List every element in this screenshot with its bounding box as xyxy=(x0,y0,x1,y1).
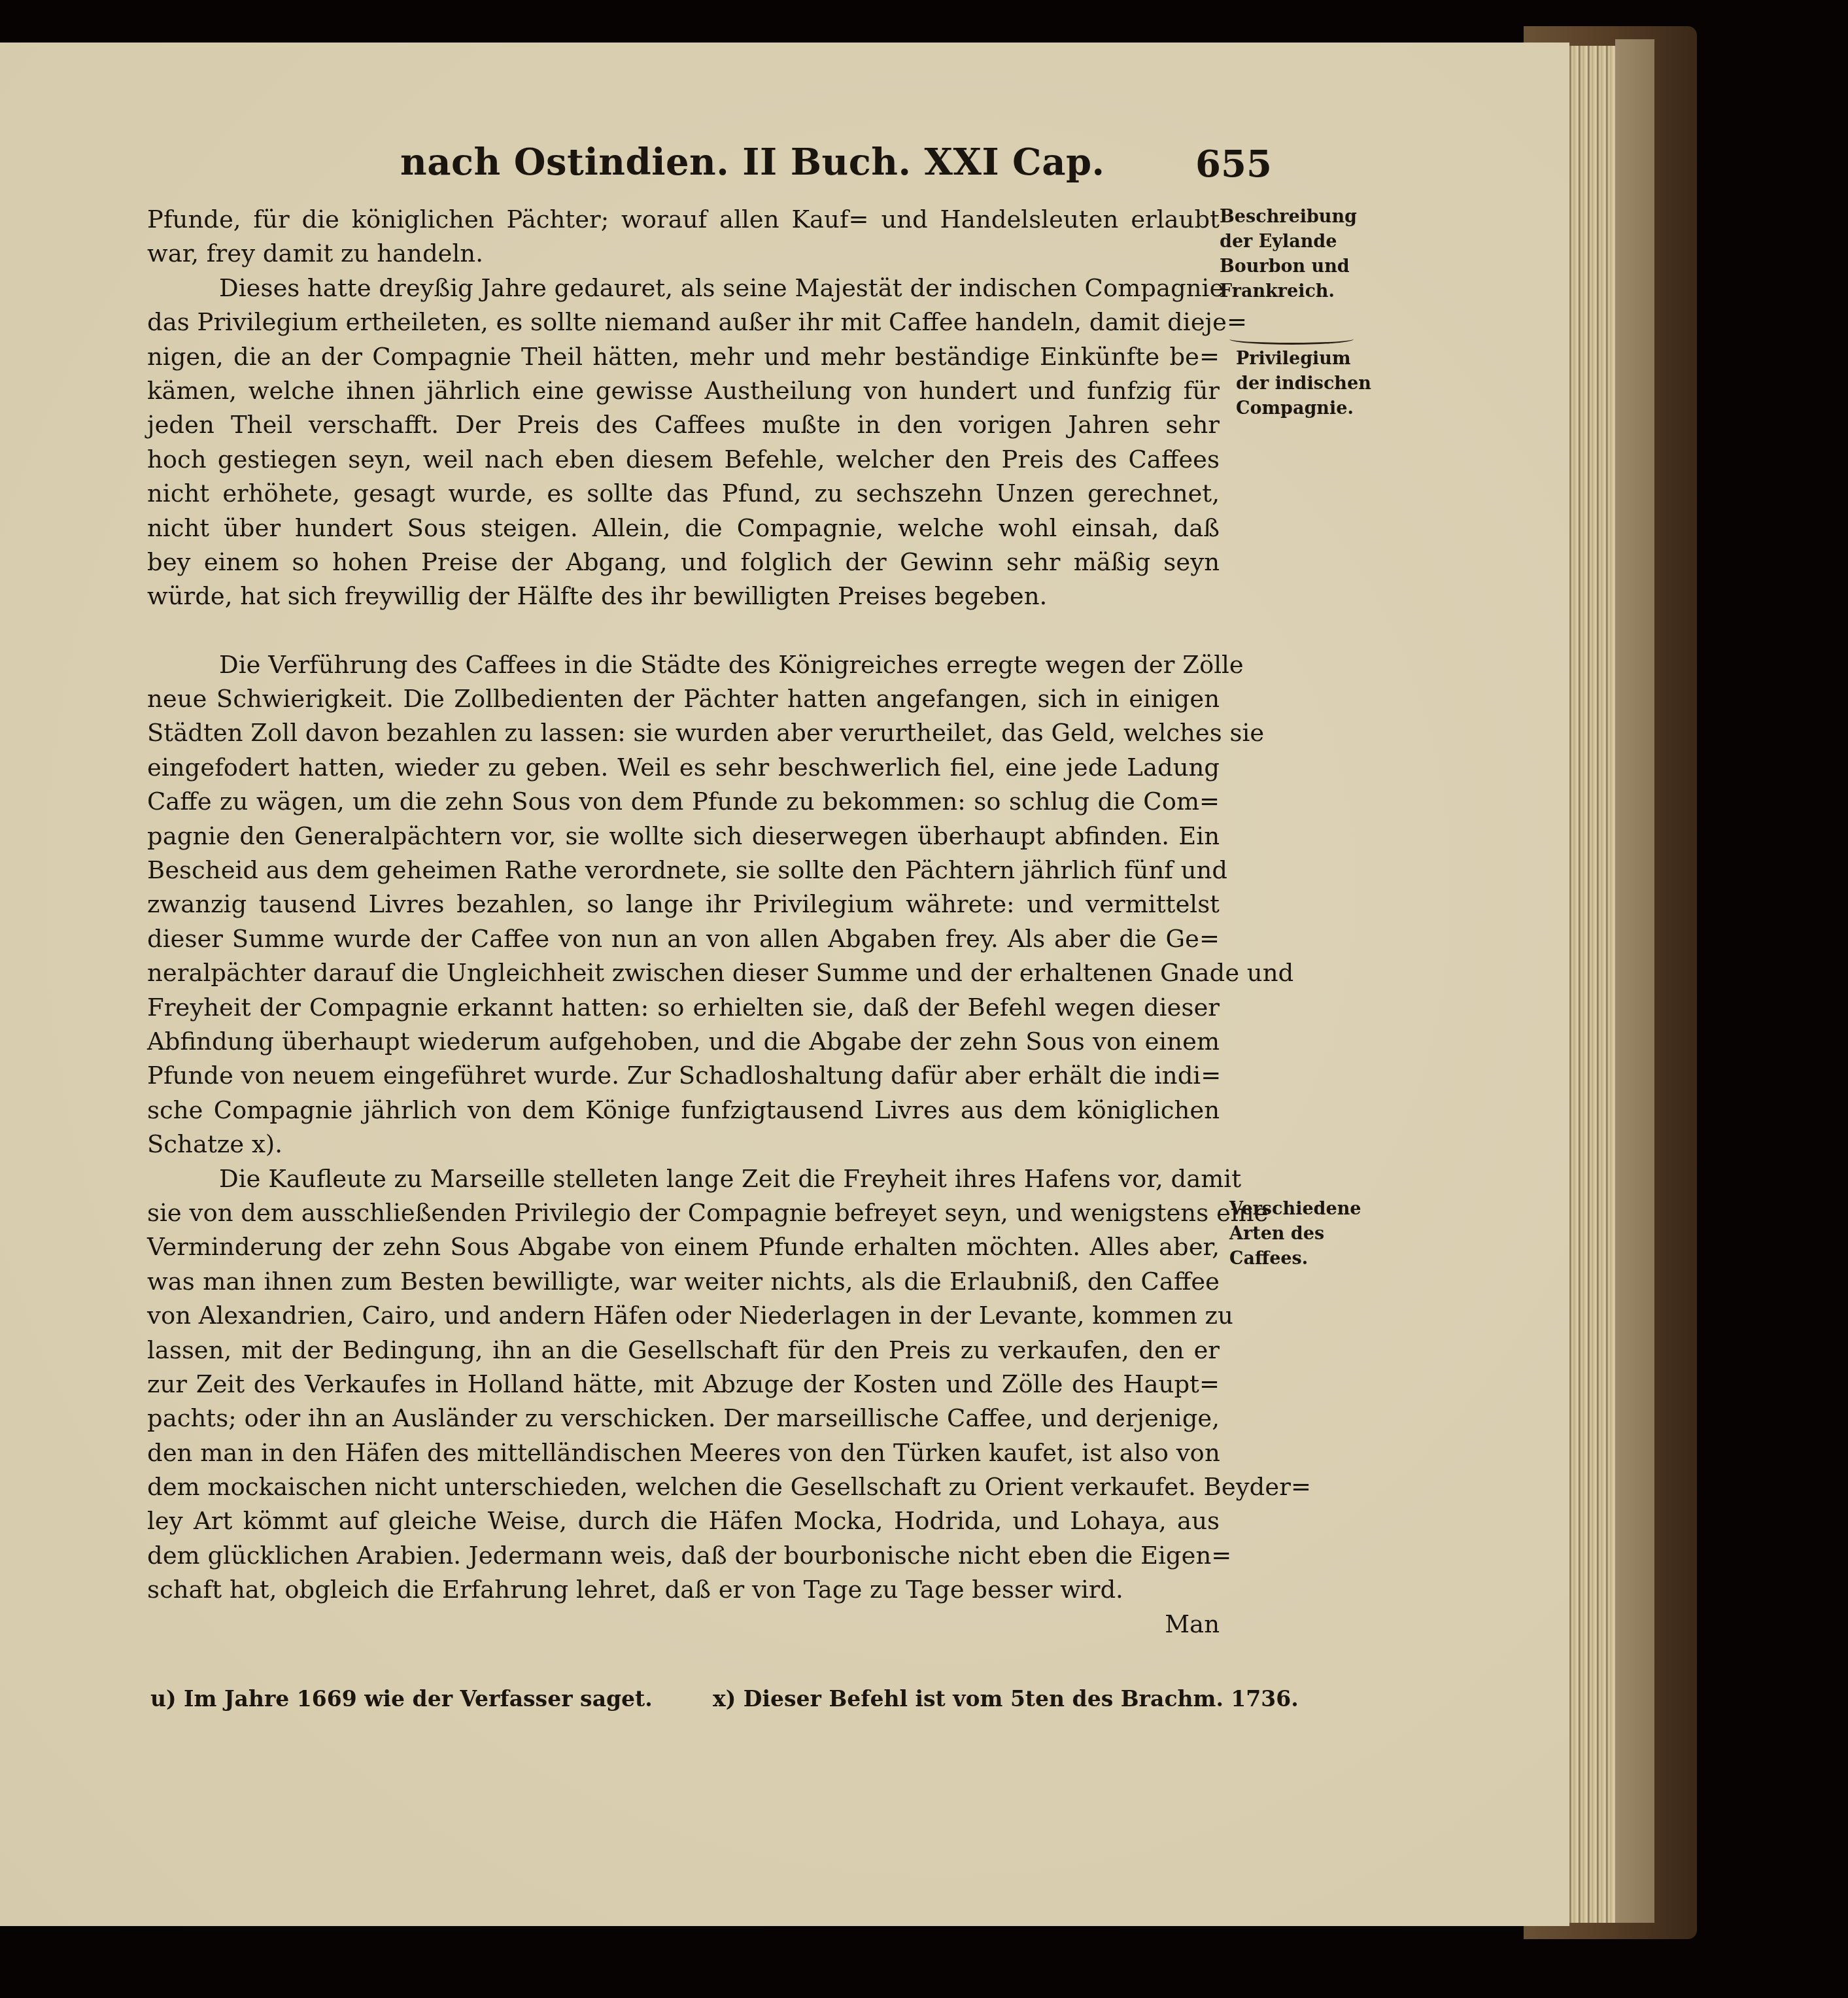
paragraph: Die Verführung des Caffees in die Städte… xyxy=(147,648,1220,1162)
text-line: den man in den Häfen des mittelländische… xyxy=(147,1436,1220,1470)
marginal-line: Compagnie. xyxy=(1236,396,1377,421)
text-line: neralpächter darauf die Ungleichheit zwi… xyxy=(147,956,1220,990)
footnote-u: u) Im Jahre 1669 wie der Verfasser saget… xyxy=(150,1686,653,1712)
text-line: neue Schwierigkeit. Die Zollbedienten de… xyxy=(147,682,1220,716)
text-line: Caffe zu wägen, um die zehn Sous von dem… xyxy=(147,785,1220,819)
text-line: Die Verführung des Caffees in die Städte… xyxy=(147,648,1220,682)
running-head: nach Ostindien. II Buch. XXI Cap. xyxy=(400,141,1105,184)
main-text: Pfunde, für die königlichen Pächter; wor… xyxy=(147,203,1220,1642)
text-line: von Alexandrien, Cairo, und andern Häfen… xyxy=(147,1299,1220,1333)
text-line: das Privilegium ertheileten, es sollte n… xyxy=(147,305,1220,339)
text-line: würde, hat sich freywillig der Hälfte de… xyxy=(147,579,1220,613)
marginal-line: der Eylande xyxy=(1220,230,1360,254)
text-line: pagnie den Generalpächtern vor, sie woll… xyxy=(147,819,1220,853)
text-line: Dieses hatte dreyßig Jahre gedauret, als… xyxy=(147,271,1220,305)
text-line: sie von dem ausschließenden Privilegio d… xyxy=(147,1196,1220,1230)
text-line: nigen, die an der Compagnie Theil hätten… xyxy=(147,340,1220,374)
text-line: kämen, welche ihnen jährlich eine gewiss… xyxy=(147,374,1220,408)
text-line: zur Zeit des Verkaufes in Holland hätte,… xyxy=(147,1368,1220,1402)
paragraph: Die Kaufleute zu Marseille stelleten lan… xyxy=(147,1162,1220,1608)
text-line: zwanzig tausend Livres bezahlen, so lang… xyxy=(147,887,1220,921)
marginal-note-privilegium: Privilegium der indischen Compagnie. xyxy=(1236,347,1377,421)
catchword: Man xyxy=(147,1608,1220,1642)
text-line: nicht erhöhete, gesagt wurde, es sollte … xyxy=(147,477,1220,511)
text-line: pachts; oder ihn an Ausländer zu verschi… xyxy=(147,1402,1220,1436)
text-line: Freyheit der Compagnie erkannt hatten: s… xyxy=(147,991,1220,1025)
text-line: Städten Zoll davon bezahlen zu lassen: s… xyxy=(147,716,1220,750)
marginal-line: Frankreich. xyxy=(1220,279,1360,304)
text-line: war, frey damit zu handeln. xyxy=(147,237,1220,271)
text-line: hoch gestiegen seyn, weil nach eben dies… xyxy=(147,443,1220,477)
marginal-line: Caffees. xyxy=(1229,1247,1370,1271)
text-line: jeden Theil verschafft. Der Preis des Ca… xyxy=(147,408,1220,442)
text-line: Die Kaufleute zu Marseille stelleten lan… xyxy=(147,1162,1220,1196)
text-line: Pfunde, für die königlichen Pächter; wor… xyxy=(147,203,1220,237)
text-line: dem mockaischen nicht unterschieden, wel… xyxy=(147,1470,1220,1504)
text-line: lassen, mit der Bedingung, ihn an die Ge… xyxy=(147,1334,1220,1368)
text-line: schaft hat, obgleich die Erfahrung lehre… xyxy=(147,1573,1220,1607)
marginal-line: Beschreibung xyxy=(1220,205,1360,230)
text-line: Verminderung der zehn Sous Abgabe von ei… xyxy=(147,1230,1220,1264)
marginal-line: der indischen xyxy=(1236,371,1377,396)
paragraph: Pfunde, für die königlichen Pächter; wor… xyxy=(147,203,1220,271)
text-line: Pfunde von neuem eingeführet wurde. Zur … xyxy=(147,1059,1220,1093)
text-line: Schatze x). xyxy=(147,1128,1220,1162)
text-line: ley Art kömmt auf gleiche Weise, durch d… xyxy=(147,1504,1220,1538)
footnote-x: x) Dieser Befehl ist vom 5ten des Brachm… xyxy=(713,1686,1299,1712)
text-line: Abfindung überhaupt wiederum aufgehoben,… xyxy=(147,1025,1220,1059)
text-line: bey einem so hohen Preise der Abgang, un… xyxy=(147,545,1220,579)
brace-divider xyxy=(1229,334,1354,345)
text-line: was man ihnen zum Besten bewilligte, war… xyxy=(147,1265,1220,1299)
text-line: nicht über hundert Sous steigen. Allein,… xyxy=(147,511,1220,545)
marginal-note-bourbon: Beschreibung der Eylande Bourbon und Fra… xyxy=(1220,205,1360,304)
text-line: Bescheid aus dem geheimen Rathe verordne… xyxy=(147,853,1220,887)
text-line: dem glücklichen Arabien. Jedermann weis,… xyxy=(147,1539,1220,1573)
marginal-line: Bourbon und xyxy=(1220,254,1360,279)
text-line: sche Compagnie jährlich von dem Könige f… xyxy=(147,1094,1220,1128)
text-line: dieser Summe wurde der Caffee von nun an… xyxy=(147,922,1220,956)
page-number: 655 xyxy=(1195,143,1272,186)
marginal-line: Privilegium xyxy=(1236,347,1377,371)
book-endpaper xyxy=(1615,39,1654,1923)
text-line: eingefodert hatten, wieder zu geben. Wei… xyxy=(147,751,1220,785)
paragraph: Dieses hatte dreyßig Jahre gedauret, als… xyxy=(147,271,1220,614)
